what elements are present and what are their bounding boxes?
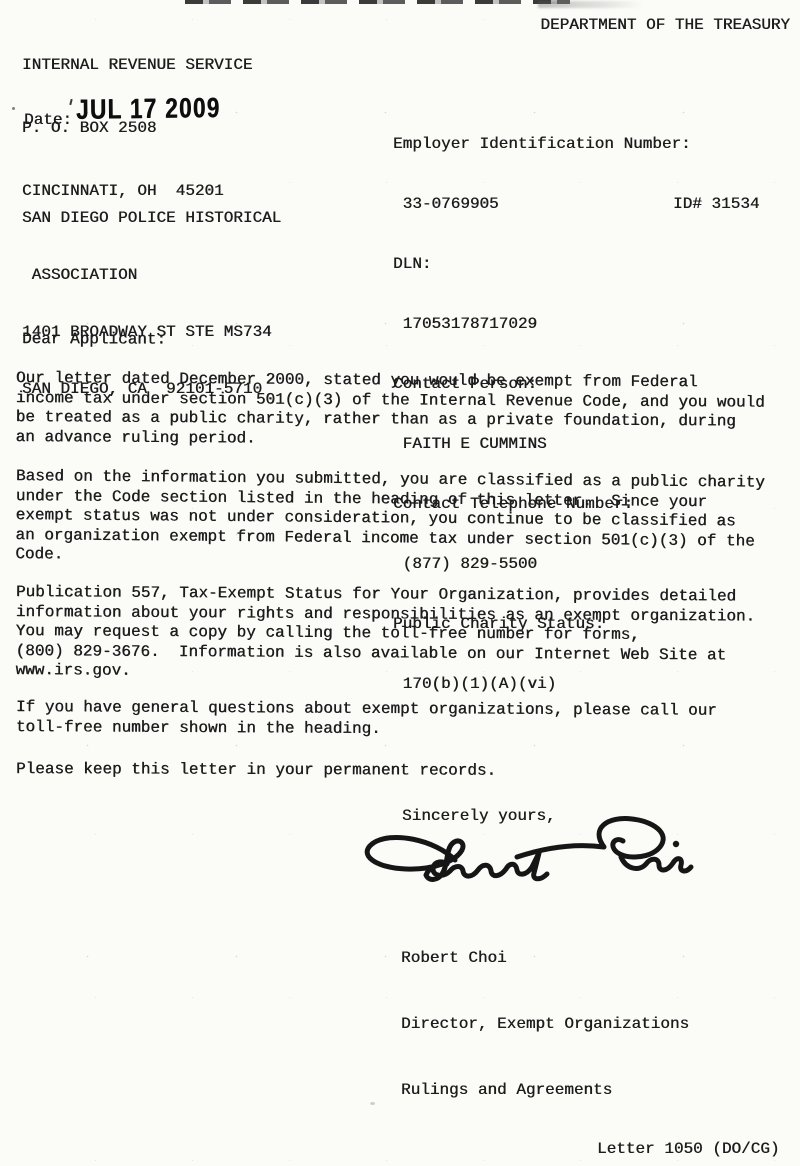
body-paragraph: Please keep this letter in your permanen…	[16, 760, 496, 781]
body-paragraph: Publication 557, Tax-Exempt Status for Y…	[15, 583, 755, 685]
body-paragraph: If you have general questions about exem…	[16, 698, 717, 741]
signature	[358, 816, 703, 901]
sender-address-line: INTERNAL REVENUE SERVICE	[22, 55, 252, 76]
scanned-letter-page: INTERNAL REVENUE SERVICE P. O. BOX 2508 …	[0, 0, 800, 1166]
contact-id-number: ID# 31534	[673, 194, 759, 214]
department-name: DEPARTMENT OF THE TREASURY	[540, 15, 790, 35]
letter-form-number: Letter 1050 (DO/CG)	[597, 1139, 779, 1159]
info-label-dln: DLN:	[393, 254, 691, 274]
signature-block: Robert Choi Director, Exempt Organizatio…	[401, 903, 689, 1145]
date-stamp: JUL 17 2009	[76, 92, 221, 126]
date-label: Date:	[24, 110, 72, 130]
salutation: Dear Applicant:	[22, 329, 166, 350]
info-value-ein: 33-0769905	[393, 194, 691, 214]
signer-title: Director, Exempt Organizations	[401, 1013, 689, 1035]
info-value-dln: 17053178717029	[393, 314, 691, 334]
signer-title-line2: Rulings and Agreements	[401, 1079, 689, 1101]
signer-name: Robert Choi	[401, 947, 689, 969]
body-paragraph: Our letter dated December 2000, stated y…	[16, 369, 765, 452]
info-label-ein: Employer Identification Number:	[393, 134, 691, 154]
scan-speck	[12, 107, 15, 110]
recipient-address-line: ASSOCIATION	[22, 266, 281, 285]
scan-artifact-top-dashes	[185, 0, 570, 4]
scan-artifact-top-smudge	[538, 1, 643, 8]
recipient-address-line: SAN DIEGO POLICE HISTORICAL	[22, 209, 281, 228]
scan-speck	[370, 1102, 375, 1105]
body-paragraph: Based on the information you submitted, …	[15, 467, 765, 571]
